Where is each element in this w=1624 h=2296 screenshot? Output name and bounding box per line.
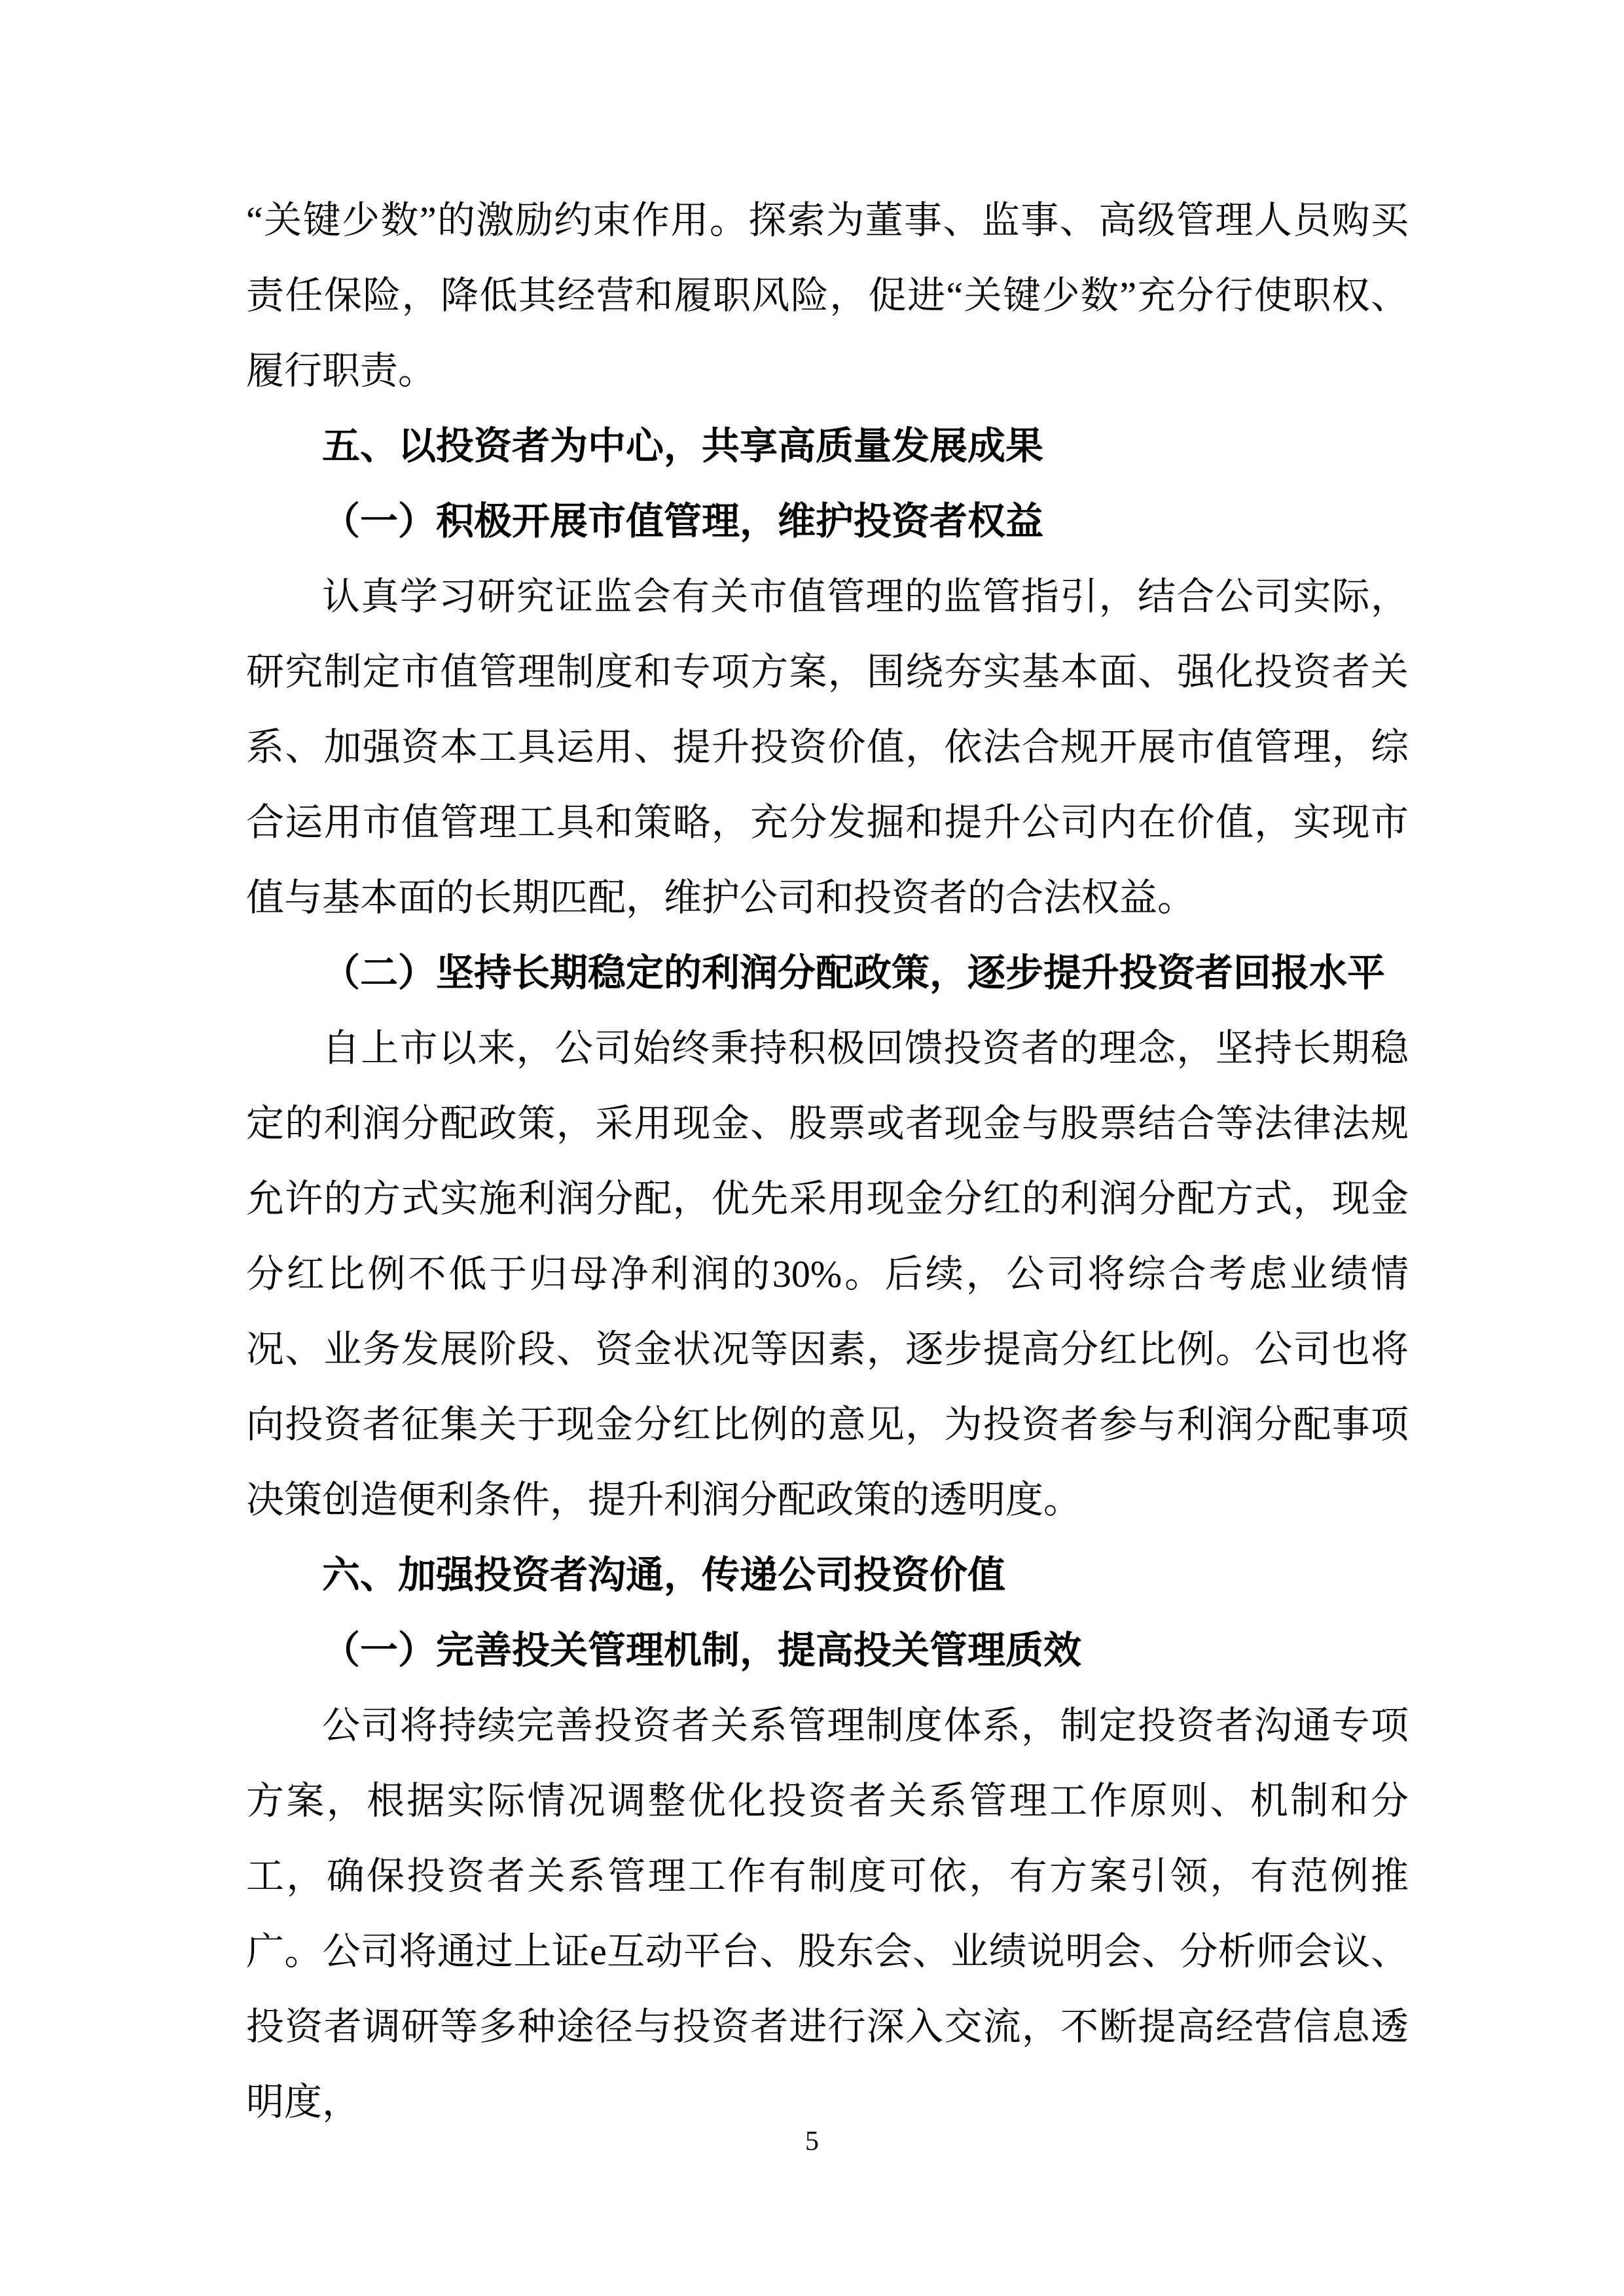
section-heading-5: 五、以投资者为中心，共享高质量发展成果 [246, 408, 1409, 484]
document-page: “关键少数”的激励约束作用。探索为董事、监事、高级管理人员购买责任保险，降低其经… [0, 0, 1624, 2296]
subsection-heading-5-2: （二）坚持长期稳定的利润分配政策，逐步提升投资者回报水平 [246, 935, 1409, 1011]
paragraph-profit-distribution: 自上市以来，公司始终秉持积极回馈投资者的理念，坚持长期稳定的利润分配政策，采用现… [246, 1011, 1409, 1537]
paragraph-investor-relations: 公司将持续完善投资者关系管理制度体系，制定投资者沟通专项方案，根据实际情况调整优… [246, 1688, 1409, 2140]
subsection-heading-5-1: （一）积极开展市值管理，维护投资者权益 [246, 484, 1409, 559]
paragraph-continuation: “关键少数”的激励约束作用。探索为董事、监事、高级管理人员购买责任保险，降低其经… [246, 183, 1409, 408]
page-number: 5 [0, 2125, 1624, 2158]
page-content: “关键少数”的激励约束作用。探索为董事、监事、高级管理人员购买责任保险，降低其经… [246, 183, 1409, 2140]
subsection-heading-6-1: （一）完善投关管理机制，提高投关管理质效 [246, 1613, 1409, 1688]
paragraph-market-value-management: 认真学习研究证监会有关市值管理的监管指引，结合公司实际，研究制定市值管理制度和专… [246, 559, 1409, 935]
section-heading-6: 六、加强投资者沟通，传递公司投资价值 [246, 1537, 1409, 1613]
